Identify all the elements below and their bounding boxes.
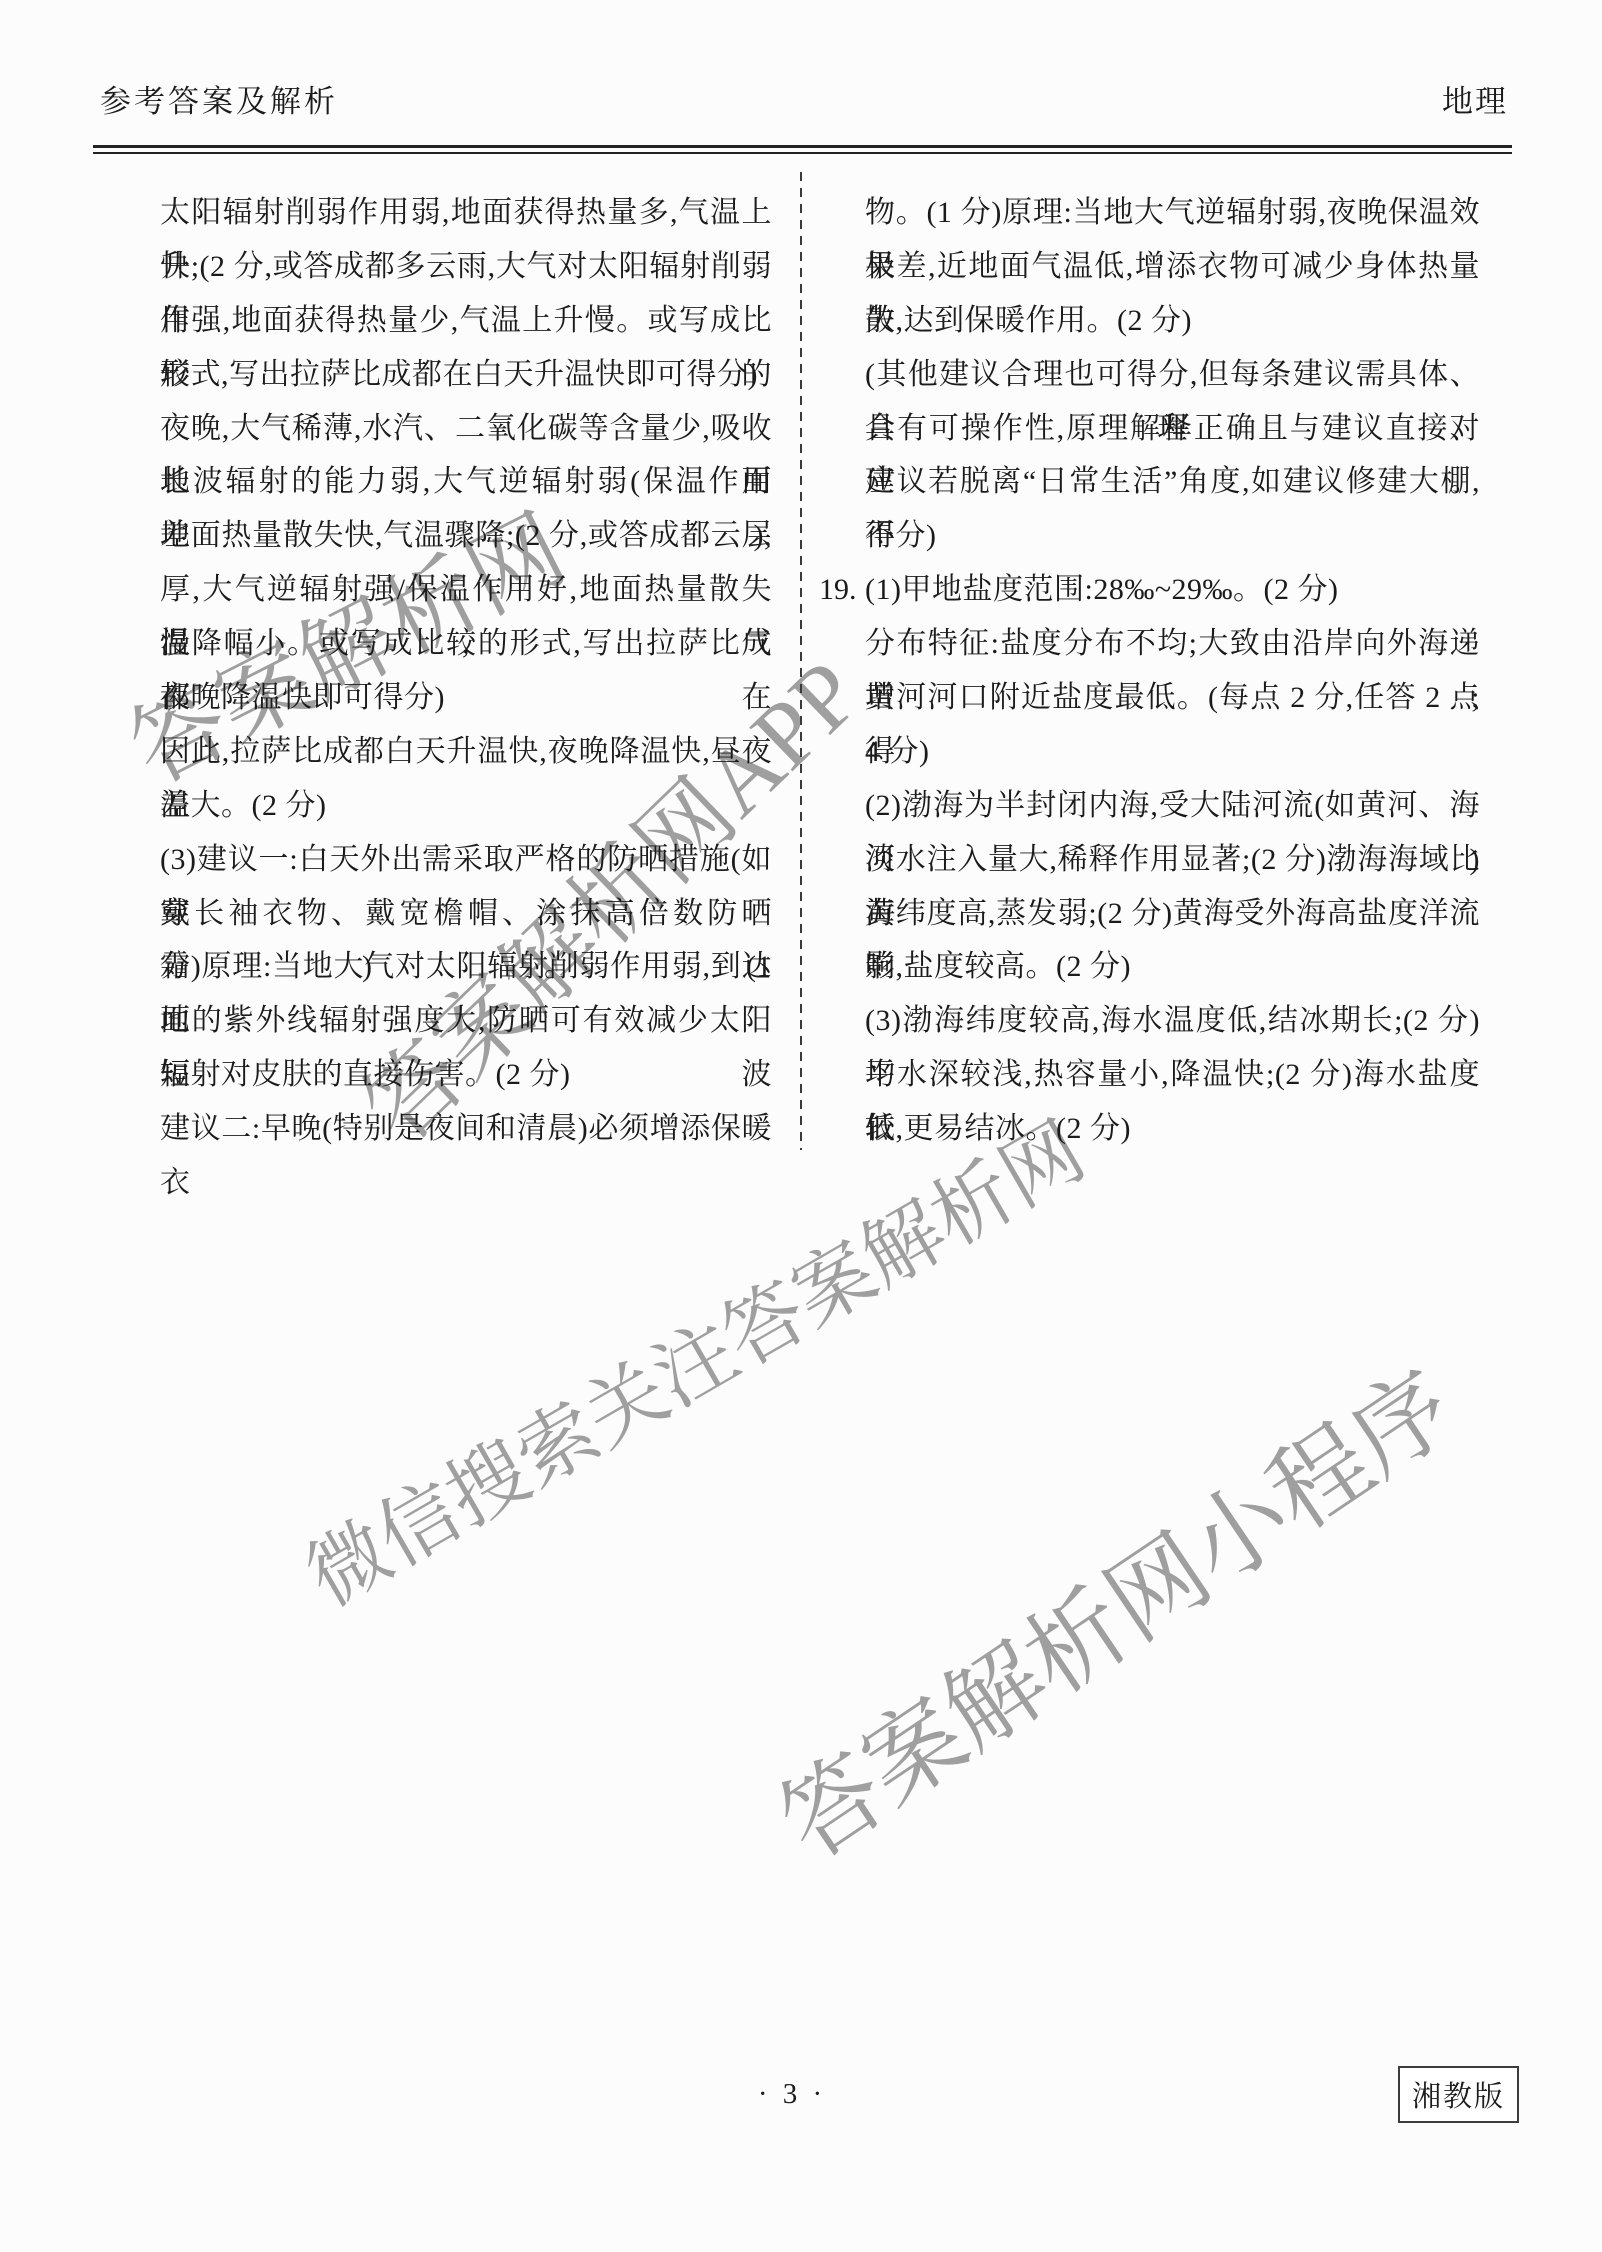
edition-badge: 湘教版 (1398, 2066, 1519, 2123)
answer-line-text: 地面热量散失快,气温骤降;(2 分,或答成都云层 (160, 519, 772, 552)
answer-line-text: 形式,写出拉萨比成都在白天升温快即可得分) (160, 358, 758, 391)
answer-line: 响,盐度较高。(2 分) (865, 940, 1480, 994)
answer-line: 地面热量散失快,气温骤降;(2 分,或答成都云层 (160, 509, 772, 563)
watermark-mini-program: 答案解析网小程序 (749, 1330, 1478, 1885)
answer-line: 面的紫外线辐射强度大,防晒可有效减少太阳短波 (160, 994, 772, 1048)
answer-line: (3)渤海纬度较高,海水温度低,结冰期长;(2 分)平 (865, 994, 1480, 1048)
answer-line-text: (1)甲地盐度范围:28‰~29‰。(2 分) (865, 573, 1339, 606)
answer-line: 分布特征:盐度分布不均;大致由沿岸向外海递增; (865, 617, 1480, 671)
answer-line: 均水深较浅,热容量小,降温快;(2 分)海水盐度较 (865, 1048, 1480, 1102)
header-rule (93, 145, 1512, 154)
left-column: 太阳辐射削弱作用弱,地面获得热量多,气温上升快;(2 分,或答成都多云雨,大气对… (160, 186, 772, 1156)
answer-line-text: 4 分) (865, 735, 930, 768)
answer-line: 夜晚,大气稀薄,水汽、二氧化碳等含量少,吸收地面 (160, 402, 772, 456)
answer-line-text: 低,更易结冰。(2 分) (865, 1112, 1131, 1145)
answer-line: 4 分) (865, 725, 1480, 779)
answer-line-text: 响,盐度较高。(2 分) (865, 950, 1131, 983)
answer-line: 厚,大气逆辐射强/保温作用好,地面热量散失慢,气 (160, 563, 772, 617)
answer-line: 海纬度高,蒸发弱;(2 分)黄海受外海高盐度洋流影 (865, 887, 1480, 941)
answer-line: 夜晚降温快即可得分) (160, 671, 772, 725)
question-number: 19. (819, 563, 857, 617)
answer-line: 戴长袖衣物、戴宽檐帽、涂抹高倍数防晒霜)。(1 (160, 887, 772, 941)
answer-line: 差大。(2 分) (160, 779, 772, 833)
subject-label: 地理 (1442, 76, 1508, 121)
answer-line: 用强,地面获得热量少,气温上升慢。或写成比较的 (160, 294, 772, 348)
column-divider (800, 172, 802, 1150)
answer-line: 极差,近地面气温低,增添衣物可减少身体热量散 (865, 240, 1480, 294)
page-number: · 3 · (712, 2078, 872, 2111)
answer-line: 低,更易结冰。(2 分) (865, 1102, 1480, 1156)
answer-line-text: 失,达到保暖作用。(2 分) (865, 304, 1192, 337)
answer-line: 形式,写出拉萨比成都在白天升温快即可得分) (160, 348, 772, 402)
answer-line: (2)渤海为半封闭内海,受大陆河流(如黄河、海河) (865, 779, 1480, 833)
right-column: 物。(1 分)原理:当地大气逆辐射弱,夜晚保温效果极差,近地面气温低,增添衣物可… (865, 186, 1480, 1156)
answer-line-text: 辐射对皮肤的直接伤害。(2 分) (160, 1058, 570, 1091)
answer-line: 失,达到保暖作用。(2 分) (865, 294, 1480, 348)
answer-line: 快;(2 分,或答成都多云雨,大气对太阳辐射削弱作 (160, 240, 772, 294)
answer-line: 建议若脱离“日常生活”角度,如建议修建大棚,不 (865, 455, 1480, 509)
watermark-wechat-search: 微信搜索关注答案解析网 (282, 1088, 1102, 1628)
page-title: 参考答案及解析 (100, 76, 338, 121)
answer-line: 长波辐射的能力弱,大气逆辐射弱(保温作用差), (160, 455, 772, 509)
scanned-answer-page: { "header": { "title_left": "参考答案及解析", "… (0, 0, 1602, 2252)
answer-line-text: 建议二:早晚(特别是夜间和清晨)必须增添保暖衣 (160, 1112, 772, 1199)
answer-line: 物。(1 分)原理:当地大气逆辐射弱,夜晚保温效果 (865, 186, 1480, 240)
answer-line: (其他建议合理也可得分,但每条建议需具体、合理、 (865, 348, 1480, 402)
answer-line: 因此,拉萨比成都白天升温快,夜晚降温快,昼夜温 (160, 725, 772, 779)
answer-line-text: 得分) (865, 519, 937, 552)
answer-line: 淡水注入量大,稀释作用显著;(2 分)渤海海域比黄 (865, 833, 1480, 887)
answer-line: 太阳辐射削弱作用弱,地面获得热量多,气温上升 (160, 186, 772, 240)
answer-line: (3)建议一:白天外出需采取严格的防晒措施(如穿 (160, 833, 772, 887)
answer-line: 19.(1)甲地盐度范围:28‰~29‰。(2 分) (865, 563, 1480, 617)
answer-line: 得分) (865, 509, 1480, 563)
answer-line: 温降幅小。或写成比较的形式,写出拉萨比成都在 (160, 617, 772, 671)
answer-line: 辐射对皮肤的直接伤害。(2 分) (160, 1048, 772, 1102)
answer-line: 建议二:早晚(特别是夜间和清晨)必须增添保暖衣 (160, 1102, 772, 1156)
answer-line-text: 差大。(2 分) (160, 789, 326, 822)
answer-line: 分)原理:当地大气对太阳辐射削弱作用弱,到达地 (160, 940, 772, 994)
answer-line: 具有可操作性,原理解释正确且与建议直接对应。 (865, 402, 1480, 456)
answer-line-text: 夜晚降温快即可得分) (160, 681, 445, 714)
answer-line: 黄河河口附近盐度最低。(每点 2 分,任答 2 点得 (865, 671, 1480, 725)
